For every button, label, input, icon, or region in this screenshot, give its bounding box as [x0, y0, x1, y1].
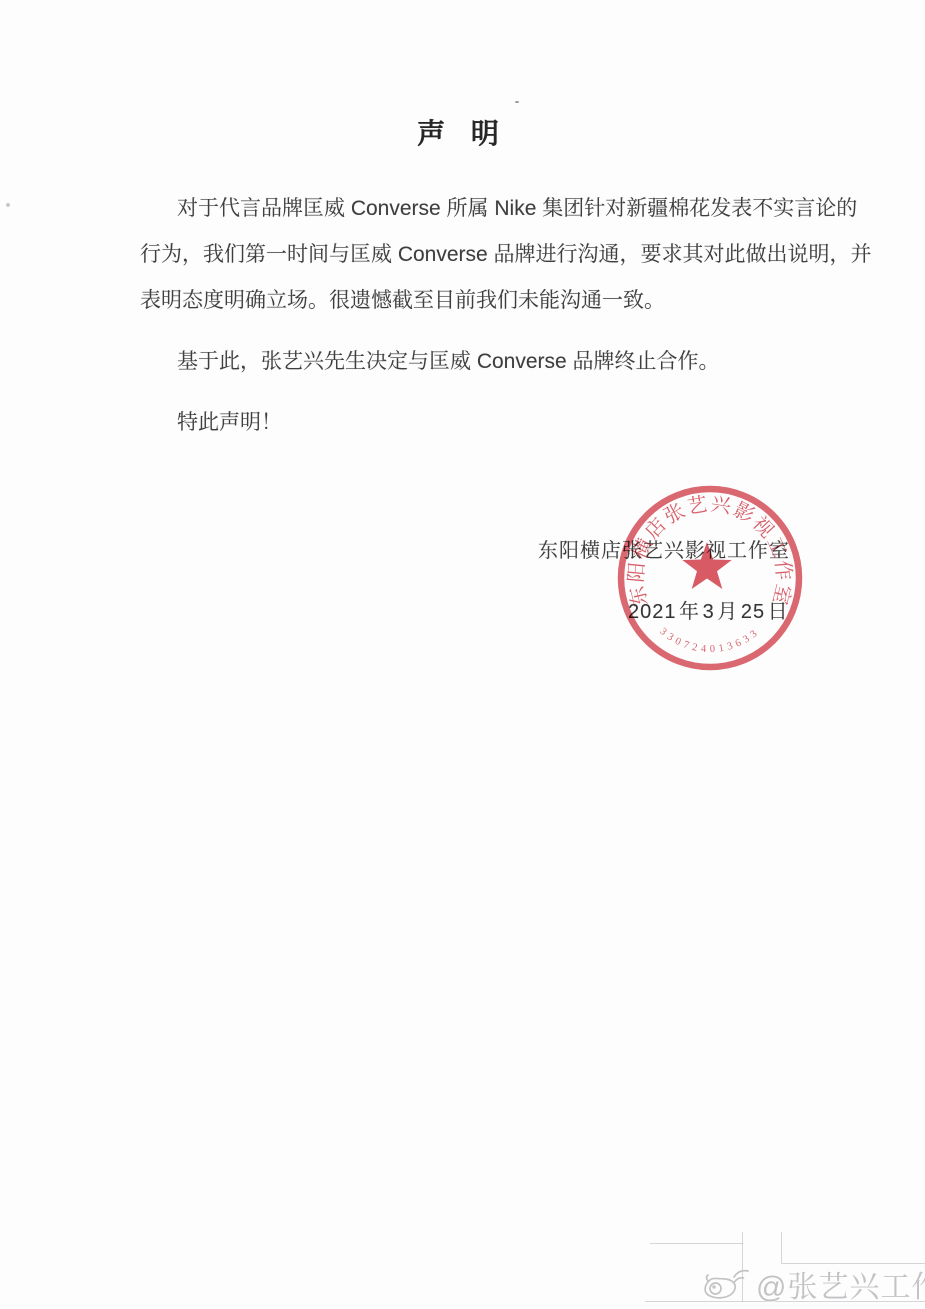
scan-artifact-line [650, 1243, 743, 1244]
statement-title: 声 明 [0, 112, 925, 152]
scan-artifact-line [781, 1232, 782, 1263]
statement-body-line: 特此声明！ [140, 400, 800, 446]
statement-body-line: 基于此，张艺兴先生决定与匡威 Converse 品牌终止合作。 [140, 339, 800, 385]
seal-serial-number: 330724013633 [657, 626, 762, 655]
watermark-text: @张艺兴工作室 [756, 1262, 925, 1306]
svg-text:330724013633: 330724013633 [657, 626, 762, 655]
scan-speck [6, 203, 10, 207]
statement-body-line: 对于代言品牌匡威 Converse 所属 Nike 集团针对新疆棉花发表不实言论… [140, 186, 800, 232]
scanned-statement-page: 声 明 对于代言品牌匡威 Converse 所属 Nike 集团针对新疆棉花发表… [0, 0, 925, 1309]
statement-body-line: 行为，我们第一时间与匡威 Converse 品牌进行沟通，要求其对此做出说明，并 [140, 232, 800, 278]
weibo-watermark: @张艺兴工作室 [700, 1262, 925, 1306]
statement-body: 对于代言品牌匡威 Converse 所属 Nike 集团针对新疆棉花发表不实言论… [140, 186, 800, 446]
scan-speck [515, 101, 519, 103]
star-icon [682, 542, 731, 589]
studio-seal-stamp: 东阳横店张艺兴影视工作室 330724013633 [610, 478, 810, 678]
statement-body-line: 表明态度明确立场。很遗憾截至目前我们未能沟通一致。 [140, 278, 800, 324]
weibo-logo-icon [700, 1265, 752, 1303]
